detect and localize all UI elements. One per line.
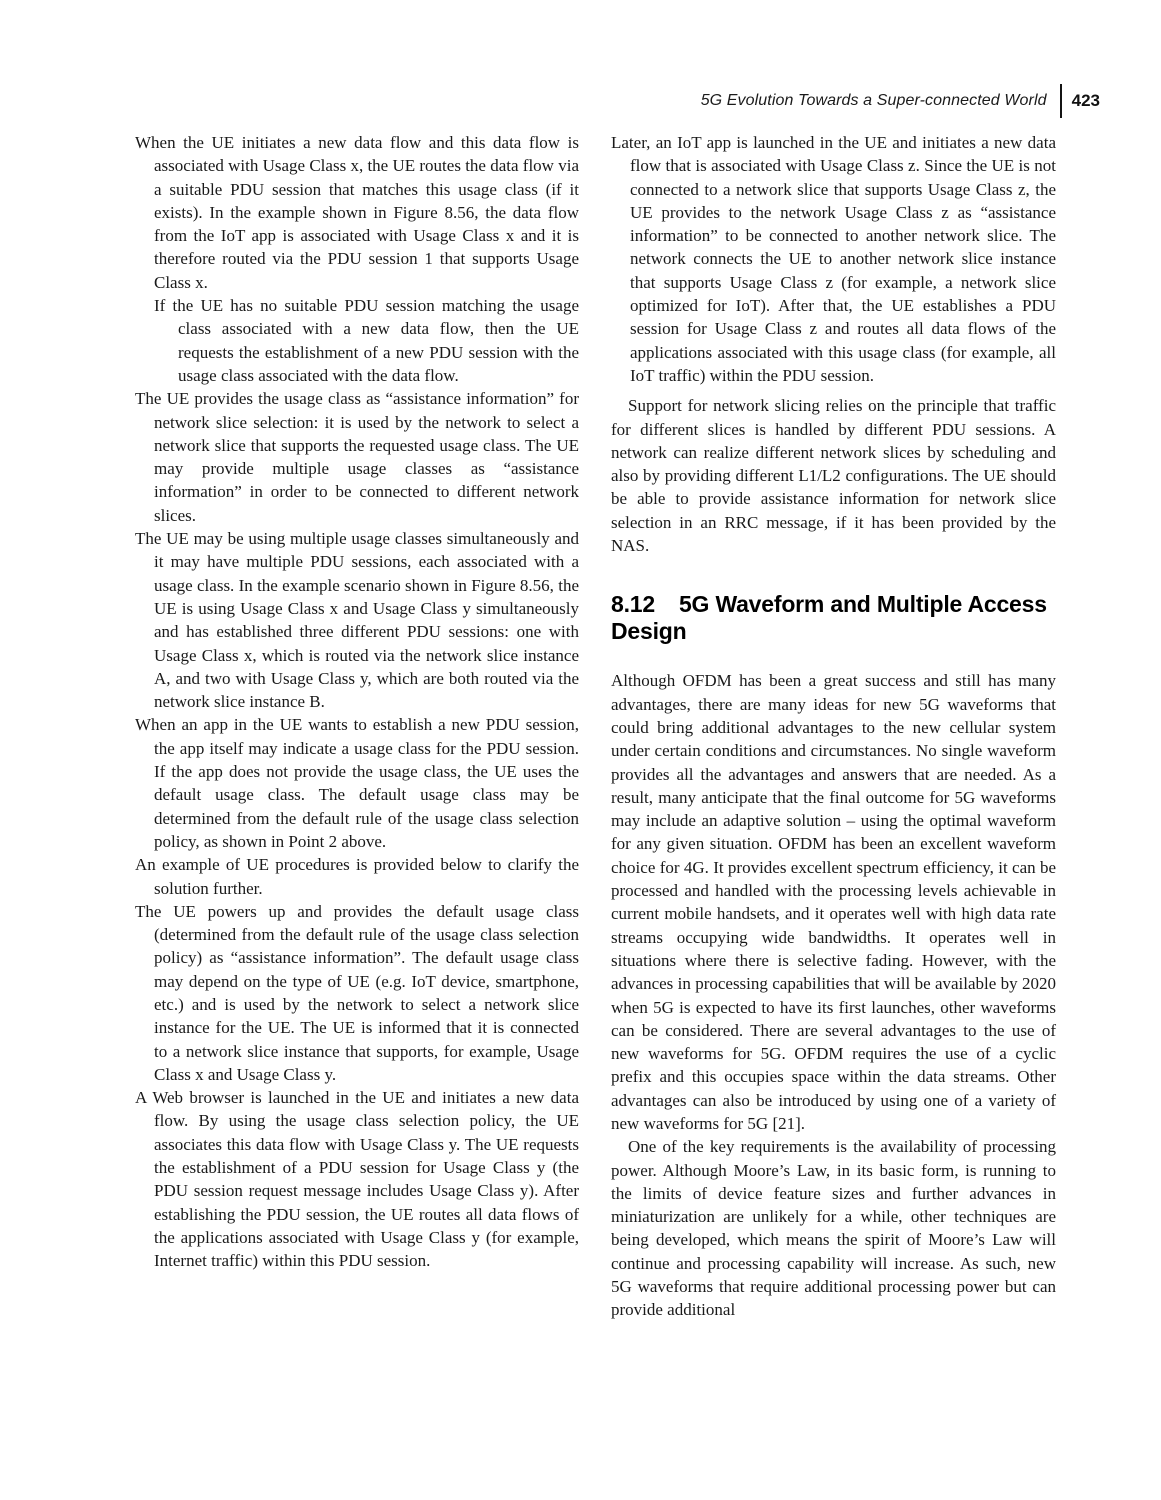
list-item: Later, an IoT app is launched in the UE … — [611, 131, 1056, 387]
list-item: A Web browser is launched in the UE and … — [135, 1086, 579, 1272]
header-divider — [1060, 84, 1062, 118]
list-item: When the UE initiates a new data flow an… — [135, 131, 579, 294]
paragraph: One of the key requirements is the avail… — [611, 1135, 1056, 1321]
list-item-nested: If the UE has no suitable PDU session ma… — [135, 294, 579, 387]
list-item: An example of UE procedures is provided … — [135, 853, 579, 900]
paragraph: Although OFDM has been a great success a… — [611, 669, 1056, 1135]
list-item: When an app in the UE wants to establish… — [135, 713, 579, 853]
section-title: 5G Waveform and Multiple Access Design — [611, 591, 1047, 644]
running-title: 5G Evolution Towards a Super-connected W… — [701, 92, 1047, 110]
section-number: 8.12 — [611, 591, 655, 617]
page-number: 423 — [1072, 91, 1100, 111]
book-page: 5G Evolution Towards a Super-connected W… — [0, 0, 1161, 1500]
running-header: 5G Evolution Towards a Super-connected W… — [0, 84, 1100, 118]
paragraph: Support for network slicing relies on th… — [611, 394, 1056, 557]
section-heading: 8.125G Waveform and Multiple Access Desi… — [611, 591, 1056, 645]
list-item: The UE provides the usage class as “assi… — [135, 387, 579, 527]
list-item: The UE may be using multiple usage class… — [135, 527, 579, 713]
right-column: Later, an IoT app is launched in the UE … — [611, 131, 1056, 1322]
list-item: The UE powers up and provides the defaul… — [135, 900, 579, 1086]
left-column: When the UE initiates a new data flow an… — [135, 131, 579, 1273]
